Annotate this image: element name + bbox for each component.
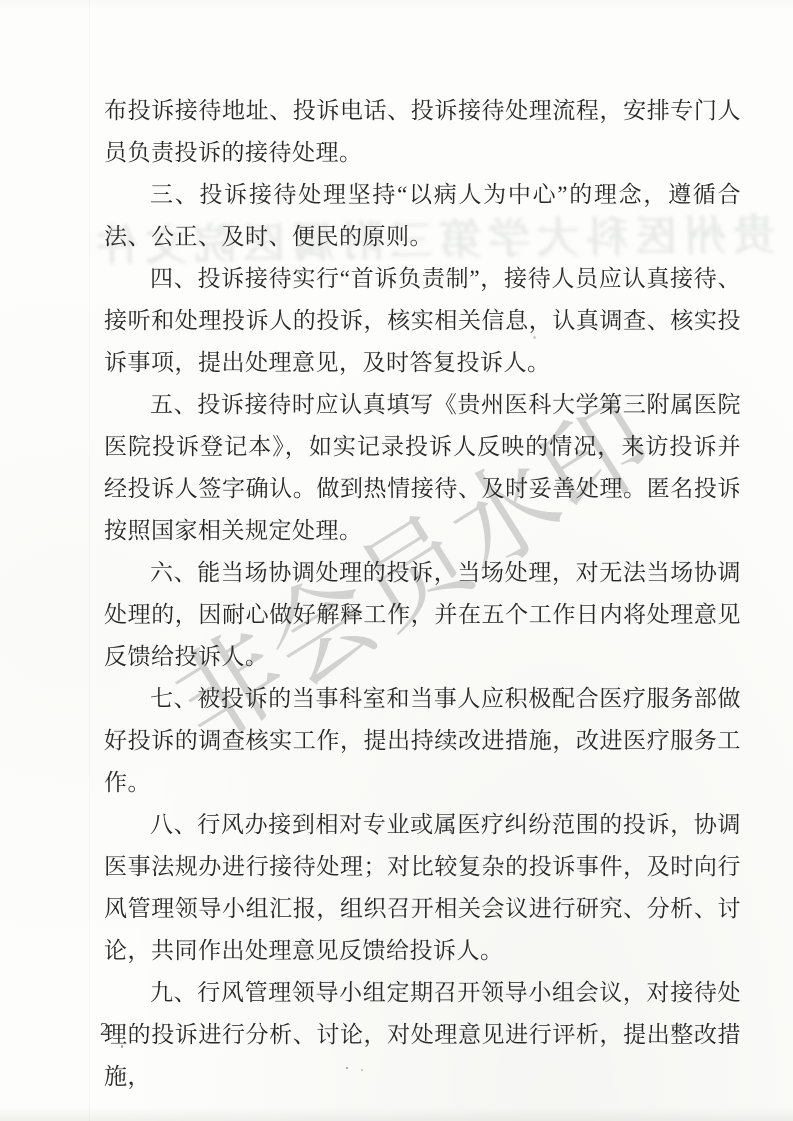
paragraph-item-4: 四、投诉接待实行“首诉负责制”，接待人员应认真接待、接听和处理投诉人的投诉，核实… xyxy=(104,258,741,384)
scan-speckle xyxy=(121,1045,123,1048)
paragraph-item-3: 三、投诉接待处理坚持“以病人为中心”的理念，遵循合法、公正、及时、便民的原则。 xyxy=(104,174,741,258)
document-body: 布投诉接待地址、投诉电话、投诉接待处理流程，安排专门人员负责投诉的接待处理。 三… xyxy=(104,90,741,1098)
paragraph-continuation: 布投诉接待地址、投诉电话、投诉接待处理流程，安排专门人员负责投诉的接待处理。 xyxy=(104,90,741,174)
scan-speckle xyxy=(361,1069,363,1071)
paragraph-item-8: 八、行风办接到相对专业或属医疗纠纷范围的投诉，协调医事法规办进行接待处理；对比较… xyxy=(104,804,741,972)
scan-fold-line xyxy=(89,0,90,1121)
paragraph-item-5: 五、投诉接待时应认真填写《贵州医科大学第三附属医院医院投诉登记本》，如实记录投诉… xyxy=(104,384,741,552)
scan-speckle xyxy=(346,1067,348,1069)
paragraph-item-9: 九、行风管理领导小组定期召开领导小组会议，对接待处理的投诉进行分析、讨论，对处理… xyxy=(104,972,741,1098)
scan-speckle xyxy=(533,336,536,339)
scanned-document-page: 贵州医科大学第三附属医院文件 非会员水印 布投诉接待地址、投诉电话、投诉接待处理… xyxy=(0,0,793,1121)
paragraph-item-7: 七、被投诉的当事科室和当事人应积极配合医疗服务部做好投诉的调查核实工作，提出持续… xyxy=(104,678,741,804)
page-number: 2 xyxy=(100,1019,109,1040)
paragraph-item-6: 六、能当场协调处理的投诉，当场处理，对无法当场协调处理的，因耐心做好解释工作，并… xyxy=(104,552,741,678)
